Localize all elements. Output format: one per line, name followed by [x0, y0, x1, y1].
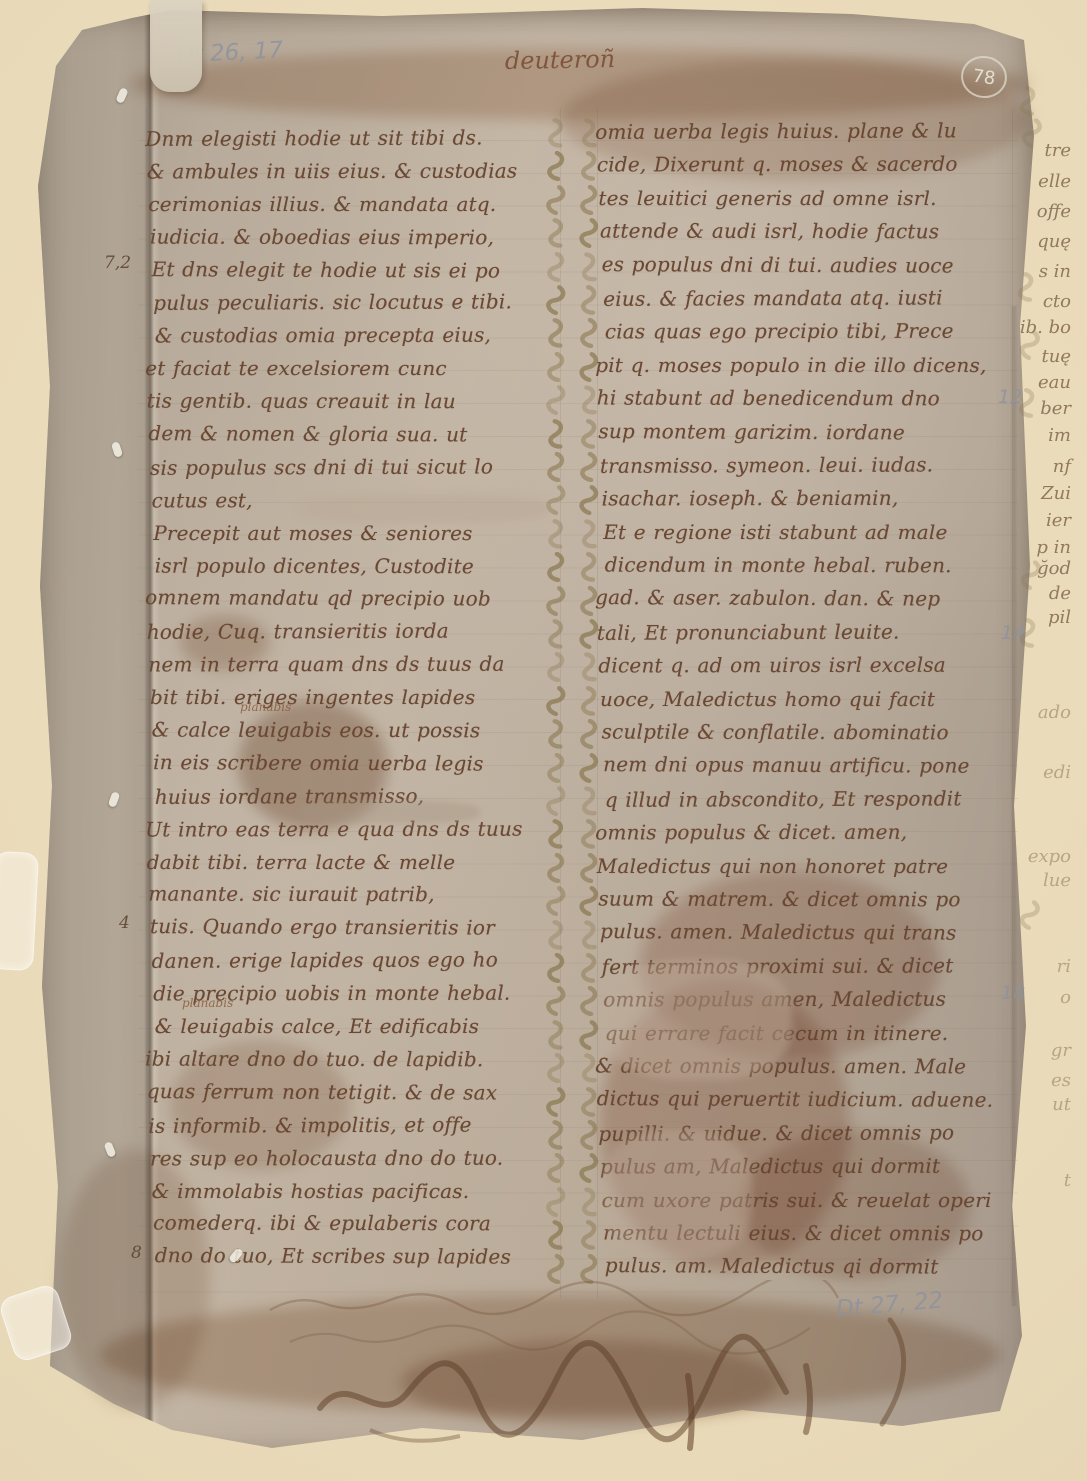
gutter-ornament — [542, 1085, 573, 1119]
text-line: pupilli. & uidue. & dicet omnis po — [598, 1116, 1016, 1151]
text-line: pulus am, Maledictus qui dormit — [600, 1150, 1018, 1184]
gutter-ornament — [575, 1018, 605, 1051]
text-line: eius. & facies mandata atq. iusti — [603, 281, 1021, 316]
gutter-ornament — [542, 684, 573, 718]
text-line: sculptile & conflatile. abominatio — [602, 716, 1020, 750]
text-line: dictus qui peruertit iudicium. aduene. — [597, 1082, 1015, 1117]
gutter-ornament — [542, 283, 573, 317]
text-line: hi stabunt ad benedicendum dno — [597, 382, 1015, 416]
gutter-ornament — [575, 818, 605, 851]
text-line: suum & matrem. & dicet omnis po — [598, 883, 1016, 917]
gutter-ornament — [575, 484, 605, 517]
text-line: Dnm elegisti hodie ut sit tibi ds. — [145, 121, 563, 156]
stub-text-fragment: lue — [1043, 870, 1071, 891]
stub-text-fragment: p in — [1036, 537, 1071, 558]
text-line: dno do tuo, Et scribes sup lapides — [155, 1239, 573, 1274]
text-line: ibi altare dno do tuo. de lapidib. — [145, 1042, 563, 1076]
gutter-ornament — [575, 283, 605, 316]
gutter-ornament — [575, 951, 605, 984]
interlinear-gloss: planabis — [240, 700, 291, 714]
stub-text-fragment: Zui — [1041, 483, 1071, 504]
gutter-ornament — [542, 183, 573, 217]
stub-text-fragment: expo — [1028, 846, 1071, 867]
gutter-ornament — [577, 986, 603, 1016]
text-line: tis gentib. quas creauit in lau — [147, 385, 565, 419]
gutter-ornament — [575, 551, 605, 584]
gutter-ornament — [542, 483, 573, 517]
text-line: tali, Et pronunciabunt leuite. — [597, 615, 1015, 650]
margin-number-right: 18 — [1001, 982, 1025, 1004]
gutter-ornament — [544, 352, 570, 382]
gutter-ornament — [542, 1218, 573, 1252]
stub-text-fragment: ut — [1052, 1094, 1071, 1115]
text-column-right: omia uerba legis huius. plane & lucide, … — [600, 115, 1018, 1284]
gutter-ornament — [542, 383, 573, 417]
gutter-ornament — [544, 953, 570, 983]
stub-text-fragment: o — [1060, 987, 1071, 1008]
parchment-repair-tab — [150, 0, 202, 92]
gutter-ornament — [544, 252, 570, 282]
gutter-ornament — [577, 185, 603, 215]
text-line: & leuigabis calce, Et edificabis — [155, 1010, 573, 1043]
gutter-ornament — [542, 417, 573, 451]
stub-text-fragment: tre — [1045, 140, 1072, 161]
text-line: & calce leuigabis eos. ut possis — [152, 714, 570, 748]
text-line: is informib. & impolitis, et offe — [148, 1108, 566, 1143]
text-line: es populus dni di tui. audies uoce — [602, 248, 1020, 283]
text-line: Precepit aut moses & seniores — [153, 517, 571, 550]
stub-text-fragment: pil — [1048, 607, 1071, 628]
stub-text-fragment: s in — [1039, 261, 1071, 282]
gutter-ornament — [542, 116, 573, 150]
gutter-ornament — [544, 452, 570, 482]
stub-text-fragment: quę — [1037, 231, 1071, 252]
stub-text-fragment: gr — [1051, 1040, 1071, 1061]
stub-text-fragment: ber — [1040, 398, 1071, 419]
text-line: cutus est, — [152, 483, 570, 517]
stub-text-fragment: ado — [1038, 702, 1071, 723]
gutter-ornament — [575, 617, 605, 650]
stub-text-fragment: de — [1049, 583, 1071, 604]
stub-text-fragment: tuę — [1042, 346, 1071, 367]
text-line: sis populus scs dni di tui sicut lo — [150, 450, 568, 485]
text-line: tes leuitici generis ad omne isrl. — [598, 182, 1016, 215]
text-line: isrl populo dicentes, Custodite — [155, 549, 573, 583]
text-line: comederq. ibi & epulaberis cora — [153, 1207, 571, 1241]
text-line: in eis scribere omia uerba legis — [153, 746, 571, 781]
interlinear-gloss: planabis — [182, 996, 233, 1010]
mount-clip — [0, 851, 39, 971]
gutter-ornament — [542, 984, 573, 1018]
running-title: deuteroñ — [470, 44, 650, 75]
gutter-ornament — [542, 784, 573, 818]
pen-trial-flourish — [250, 1280, 950, 1460]
margin-number-left: 7,2 — [104, 253, 131, 273]
margin-number-left: 4 — [119, 913, 130, 933]
gutter-ornament — [1014, 84, 1044, 117]
stub-text-fragment: ri — [1057, 956, 1071, 977]
text-line: pulus. amen. Maledictus qui trans — [600, 915, 1018, 950]
stub-text-fragment: elle — [1038, 171, 1071, 192]
text-line: & ambules in uiis eius. & custodias — [147, 154, 565, 188]
stub-text-fragment: im — [1048, 425, 1071, 446]
text-column-left: Dnm elegisti hodie ut sit tibi ds.& ambu… — [150, 122, 568, 1273]
gutter-ornament — [577, 452, 603, 482]
gutter-ornament — [577, 1120, 603, 1150]
gutter-ornament — [542, 717, 573, 751]
gutter-ornament — [542, 1118, 573, 1152]
text-line: qui errare facit cecum in itinere. — [605, 1017, 1023, 1050]
text-line: pit q. moses populo in die illo dicens, — [595, 349, 1013, 382]
stub-text-fragment: t — [1064, 1170, 1071, 1191]
gutter-ornament — [575, 417, 605, 450]
text-line: transmisso. symeon. leui. iudas. — [600, 448, 1018, 483]
gutter-ornament — [542, 884, 573, 918]
gutter-ornament — [575, 150, 605, 183]
gutter-ornament — [542, 1185, 573, 1219]
gutter-ornament — [575, 684, 605, 717]
stub-text-fragment: es — [1051, 1070, 1071, 1091]
gutter-ornament — [544, 1153, 570, 1183]
gutter-ornament — [1014, 616, 1044, 649]
gutter-ornament — [575, 1219, 605, 1252]
text-line: Et e regione isti stabunt ad male — [603, 516, 1021, 549]
text-line: attende & audi isrl, hodie factus — [600, 215, 1018, 249]
text-line: tuis. Quando ergo transieritis ior — [150, 910, 568, 945]
gutter-ornament — [542, 517, 573, 551]
text-line: dicendum in monte hebal. ruben. — [605, 549, 1023, 583]
text-line: Et dns elegit te hodie ut sis ei po — [152, 253, 570, 288]
gutter-ornament — [577, 586, 603, 616]
text-line: nem dni opus manuu artificu. pone — [603, 749, 1021, 784]
gutter-ornament — [1016, 557, 1048, 592]
text-line: & custodias omia precepta eius, — [155, 319, 573, 353]
text-line: omnis populus amen, Maledictus — [603, 983, 1021, 1017]
text-line: dabit tibi. terra lacte & melle — [147, 846, 565, 879]
gutter-ornament — [577, 853, 603, 883]
text-line: & immolabis hostias pacificas. — [152, 1175, 570, 1208]
text-line: et faciat te excelsiorem cunc — [145, 352, 563, 385]
gutter-ornament — [575, 350, 605, 383]
gutter-ornament — [575, 751, 605, 784]
gutter-ornament — [544, 652, 570, 682]
text-line: q illud in abscondito, Et respondit — [605, 782, 1023, 817]
gutter-ornament — [544, 853, 570, 883]
stub-text-fragment: edi — [1043, 762, 1071, 783]
text-line: iudicia. & oboedias eius imperio, — [150, 220, 568, 254]
text-line: bit tibi. eriges ingentes lapides — [150, 681, 568, 714]
text-line: omia uerba legis huius. plane & lu — [595, 114, 1013, 149]
text-line: dicent q. ad om uiros isrl excelsa — [598, 649, 1016, 683]
manuscript-photograph: deuteroñ Dt 26, 17 78 Dt 27, 22 Dnm eleg… — [0, 0, 1087, 1481]
text-line: cerimonias illius. & mandata atq. — [148, 188, 566, 221]
text-line: hodie, Cuq. transieritis iorda — [147, 614, 565, 649]
text-line: cide, Dixerunt q. moses & sacerdo — [597, 148, 1015, 182]
stub-text-fragment: cto — [1043, 291, 1071, 312]
text-line: cias quas ego precipio tibi, Prece — [605, 315, 1023, 349]
text-line: Maledictus qui non honoret patre — [597, 850, 1015, 883]
text-line: uoce, Maledictus homo qui facit — [600, 683, 1018, 716]
text-line: nem in terra quam dns ds tuus da — [148, 648, 566, 682]
text-line: quas ferrum non tetigit. & de sax — [147, 1075, 565, 1110]
text-line: omnis populus & dicet. amen, — [595, 816, 1013, 850]
stub-text-fragment: nf — [1053, 456, 1071, 477]
text-line: gad. & aser. zabulon. dan. & nep — [595, 582, 1013, 617]
gutter-ornament — [575, 1152, 605, 1185]
text-line: omnem mandatu qd precipio uob — [145, 582, 563, 617]
gutter-ornament — [1013, 386, 1043, 419]
text-line: fert terminos proximi sui. & dicet — [602, 949, 1020, 984]
gutter-ornament — [1012, 270, 1042, 303]
gutter-ornament — [1015, 897, 1047, 932]
gutter-ornament — [577, 719, 603, 749]
gutter-ornament — [575, 217, 605, 250]
stub-text-fragment: offe — [1037, 201, 1071, 222]
gutter-ornament — [575, 1085, 605, 1118]
gutter-ornament — [575, 885, 605, 918]
gutter-ornament — [542, 918, 573, 952]
text-line: sup montem garizim. iordane — [598, 415, 1016, 450]
gutter-ornament — [544, 753, 570, 783]
text-line: dem & nomen & gloria sua. ut — [148, 417, 566, 452]
gutter-ornament — [577, 318, 603, 348]
erased-line-smear — [300, 800, 480, 824]
gutter-ornament — [542, 1018, 573, 1052]
text-line: cum uxore patris sui. & reuelat operi — [602, 1184, 1020, 1217]
gutter-ornament — [542, 617, 573, 651]
text-line: pulus peculiaris. sic locutus e tibi. — [153, 286, 571, 321]
stub-text-fragment: eau — [1038, 372, 1071, 393]
text-line: & dicet omnis populus. amen. Male — [595, 1049, 1013, 1083]
text-line: mentu lectuli eius. & dicet omnis po — [603, 1216, 1021, 1250]
text-line: isachar. ioseph. & beniamin, — [602, 482, 1020, 516]
gutter-ornament — [542, 584, 573, 618]
gutter-ornament — [544, 1053, 570, 1083]
stub-text-fragment: ier — [1046, 510, 1071, 531]
margin-number-left: 8 — [131, 1243, 142, 1263]
gutter-ornament — [544, 552, 570, 582]
gutter-ornament — [544, 151, 570, 181]
text-line: res sup eo holocausta dno do tuo. — [150, 1141, 568, 1175]
text-line: danen. erige lapides quos ego ho — [152, 943, 570, 978]
text-line: manante. sic iurauit patrib, — [148, 878, 566, 912]
gutter-ornament — [542, 817, 573, 851]
gutter-ornament — [542, 316, 573, 350]
column-guide — [146, 108, 147, 1298]
gutter-ornament — [542, 216, 573, 250]
